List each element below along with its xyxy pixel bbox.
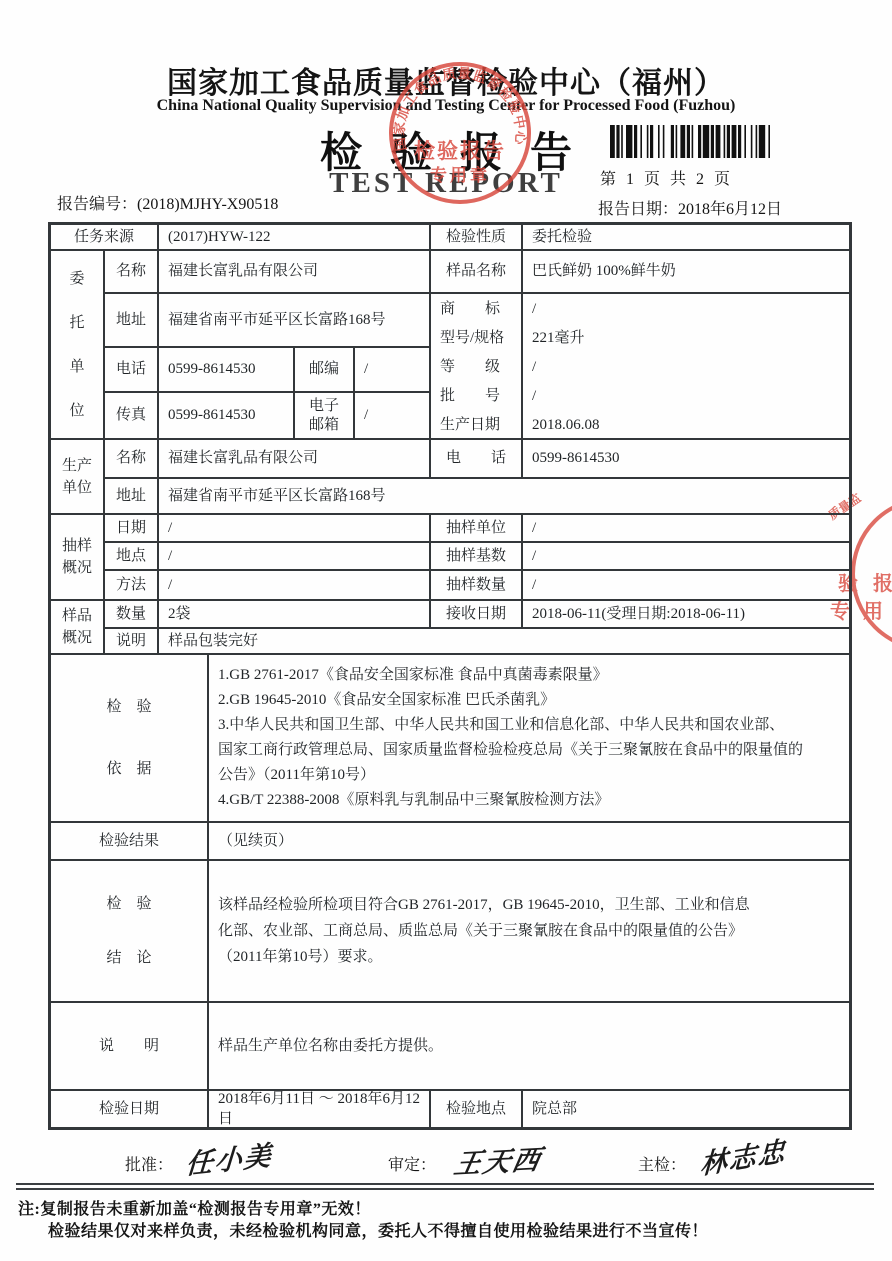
client-phone-value: 0599-8614530 [158,347,294,392]
report-number-value: (2018)MJHY-X90518 [137,196,278,213]
chief-label: 主检： [638,1152,686,1175]
org-name-cn: 国家加工食品质量监督检验中心（福州） [0,58,892,102]
sampling-base-value: / [522,542,850,570]
report-date: 报告日期：2018年6月12日 [598,196,782,219]
client-email-value: / [354,392,430,439]
client-fax-label: 传真 [104,392,158,439]
basis-content: 1.GB 2761-2017《食品安全国家标准 食品中真菌毒素限量》 2.GB … [208,654,850,822]
client-email-label: 电子 邮箱 [294,392,354,439]
producer-phone-label: 电 话 [430,439,522,478]
sampling-place-label: 地点 [104,542,158,570]
sample-name-label: 样品名称 [430,250,522,293]
sampling-group-label: 抽样 概况 [50,514,104,600]
remark-label: 说 明 [50,1002,208,1090]
footnote-line2: 检验结果仅对来样负责，未经检验机构同意，委托人不得擅自使用检验结果进行不当宣传！ [48,1218,708,1241]
producer-name-label: 名称 [104,439,158,478]
report-table: 任务来源 (2017)HYW-122 检验性质 委托检验 委 托 单 位 名称 … [48,222,852,1130]
test-report-page: 国家加工食品质量监督检验中心（福州） China National Qualit… [0,0,892,1261]
report-number-label: 报告编号： [57,196,137,213]
sample-name-value: 巴氏鲜奶 100%鲜牛奶 [522,250,850,293]
result-label: 检验结果 [50,822,208,860]
client-phone-label: 电话 [104,347,158,392]
report-date-value: 2018年6月12日 [678,201,782,218]
task-source-label: 任务来源 [50,224,158,250]
review-label: 审定： [388,1152,436,1175]
task-source-value: (2017)HYW-122 [158,224,430,250]
producer-group-label: 生产 单位 [50,439,104,514]
report-date-label: 报告日期： [598,201,678,218]
client-zip-label: 邮编 [294,347,354,392]
sampling-qty-label: 抽样数量 [430,570,522,600]
approve-signature: 任小美 [185,1133,274,1182]
remark-content: 样品生产单位名称由委托方提供。 [208,1002,850,1090]
client-addr-value: 福建省南平市延平区长富路168号 [158,293,430,347]
basis-label: 检 验 依 据 [50,654,208,822]
test-nature-label: 检验性质 [430,224,522,250]
result-content: （见续页） [208,822,850,860]
client-addr-label: 地址 [104,293,158,347]
footer-rule-1 [16,1183,874,1185]
producer-phone-value: 0599-8614530 [522,439,850,478]
overview-desc-label: 说明 [104,628,158,654]
sampling-base-label: 抽样基数 [430,542,522,570]
producer-addr-value: 福建省南平市延平区长富路168号 [158,478,850,514]
sampling-unit-label: 抽样单位 [430,514,522,542]
client-zip-value: / [354,347,430,392]
test-location-label: 检验地点 [430,1090,522,1128]
sampling-method-value: / [158,570,430,600]
client-fax-value: 0599-8614530 [158,392,294,439]
footnote-line1: 注:复制报告未重新加盖“检测报告专用章”无效！ [18,1196,371,1219]
footer-rule-2 [16,1188,874,1190]
review-signature: 王天西 [451,1137,546,1181]
test-location-value: 院总部 [522,1090,850,1128]
overview-qty-label: 数量 [104,600,158,628]
receive-date-label: 接收日期 [430,600,522,628]
sampling-date-value: / [158,514,430,542]
approve-label: 批准： [125,1152,173,1175]
sampling-date-label: 日期 [104,514,158,542]
chief-signature: 林志忠 [699,1129,787,1182]
producer-name-value: 福建长富乳品有限公司 [158,439,430,478]
barcode [610,125,828,158]
client-name-value: 福建长富乳品有限公司 [158,250,430,293]
sample-attr-values: / 221毫升 / / 2018.06.08 [522,293,850,439]
sampling-unit-value: / [522,514,850,542]
test-date-value: 2018年6月11日 ～ 2018年6月12日 [208,1090,430,1128]
producer-addr-label: 地址 [104,478,158,514]
sampling-method-label: 方法 [104,570,158,600]
test-nature-value: 委托检验 [522,224,850,250]
client-name-label: 名称 [104,250,158,293]
sampling-qty-value: / [522,570,850,600]
conclusion-content: 该样品经检验所检项目符合GB 2761-2017，GB 19645-2010，卫… [208,860,850,1002]
sample-attr-labels: 商 标 型号/规格 等 级 批 号 生产日期 [430,293,522,439]
page-number: 第 1 页 共 2 页 [600,166,733,189]
overview-group-label: 样品 概况 [50,600,104,654]
overview-qty-value: 2袋 [158,600,430,628]
client-group-label: 委 托 单 位 [50,250,104,439]
receive-date-value: 2018-06-11(受理日期:2018-06-11) [522,600,850,628]
report-number: 报告编号：(2018)MJHY-X90518 [57,191,278,214]
test-date-label: 检验日期 [50,1090,208,1128]
conclusion-label: 检 验 结 论 [50,860,208,1002]
overview-desc-value: 样品包装完好 [158,628,850,654]
sampling-place-value: / [158,542,430,570]
org-name-en: China National Quality Supervision and T… [0,97,892,115]
